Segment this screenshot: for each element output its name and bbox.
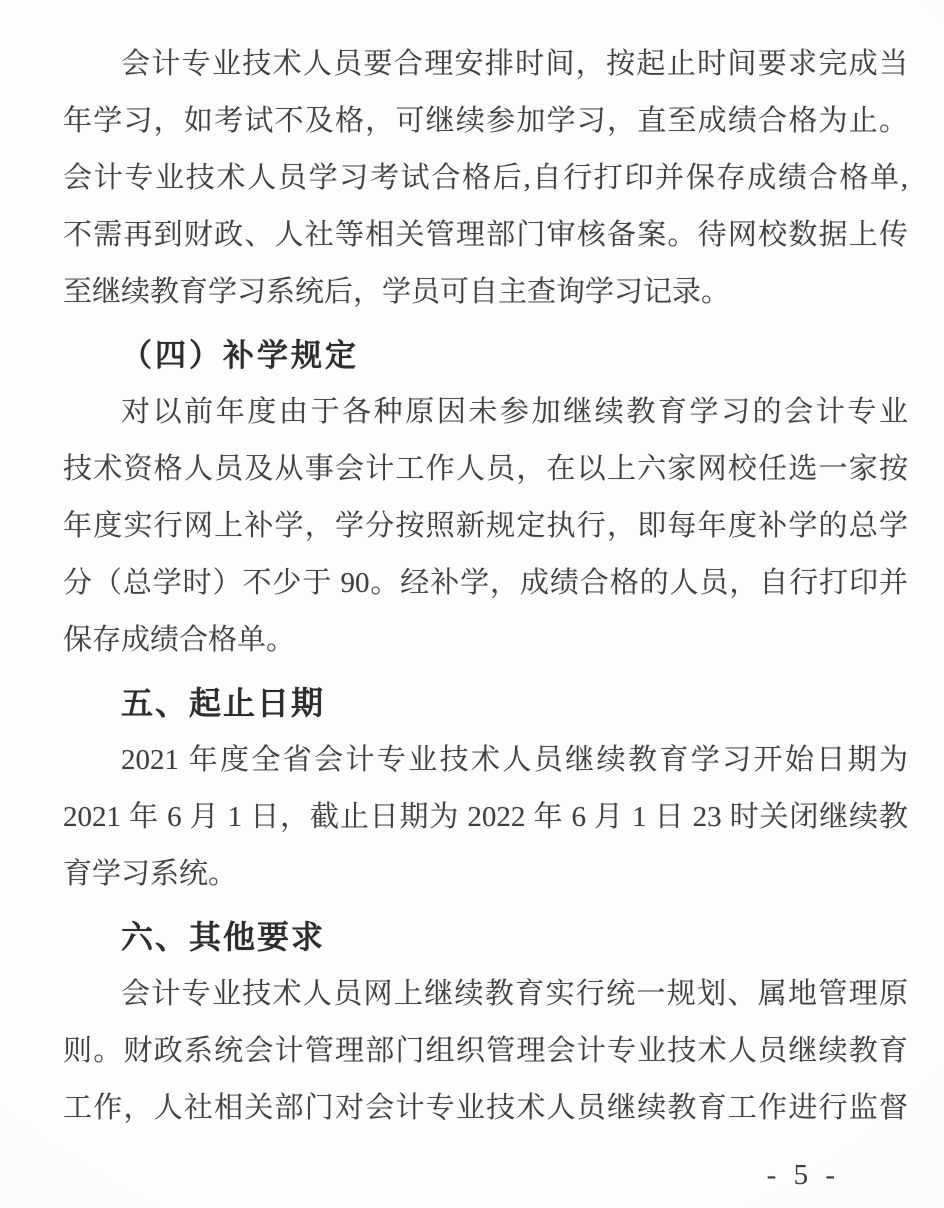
text-line: 育学习系统。 (63, 846, 908, 903)
section-heading-qita-yaoqiu: 六、其他要求 (63, 909, 908, 966)
text-line: 2021 年 6 月 1 日，截止日期为 2022 年 6 月 1 日 23 时… (63, 789, 908, 846)
text-line: 保存成绩合格单。 (63, 612, 908, 669)
text-line: 不需再到财政、人社等相关管理部门审核备案。待网校数据上传 (63, 207, 908, 264)
text-line: 工作，人社相关部门对会计专业技术人员继续教育工作进行监督 (63, 1080, 908, 1137)
text-line: 会计专业技术人员要合理安排时间，按起止时间要求完成当 (63, 36, 908, 93)
text-line: 会计专业技术人员网上继续教育实行统一规划、属地管理原 (63, 966, 908, 1023)
text-line: 至继续教育学习系统后，学员可自主查询学习记录。 (63, 264, 908, 321)
text-column: 会计专业技术人员要合理安排时间，按起止时间要求完成当 年学习，如考试不及格，可继… (63, 36, 908, 1137)
text-line: 分（总学时）不少于 90。经补学，成绩合格的人员，自行打印并 (63, 555, 908, 612)
page-number: - 5 - (767, 1159, 840, 1192)
text-line: 会计专业技术人员学习考试合格后,自行打印并保存成绩合格单, (63, 150, 908, 207)
text-line: 则。财政系统会计管理部门组织管理会计专业技术人员继续教育 (63, 1023, 908, 1080)
document-page: 会计专业技术人员要合理安排时间，按起止时间要求完成当 年学习，如考试不及格，可继… (0, 0, 944, 1208)
text-line: 年学习，如考试不及格，可继续参加学习，直至成绩合格为止。 (63, 93, 908, 150)
text-line: 2021 年度全省会计专业技术人员继续教育学习开始日期为 (63, 732, 908, 789)
section-heading-buxue-guiding: （四）补学规定 (63, 327, 908, 384)
text-line: 年度实行网上补学，学分按照新规定执行，即每年度补学的总学 (63, 498, 908, 555)
text-line: 对以前年度由于各种原因未参加继续教育学习的会计专业 (63, 384, 908, 441)
text-line: 技术资格人员及从事会计工作人员，在以上六家网校任选一家按 (63, 441, 908, 498)
section-heading-qizhi-riqi: 五、起止日期 (63, 675, 908, 732)
